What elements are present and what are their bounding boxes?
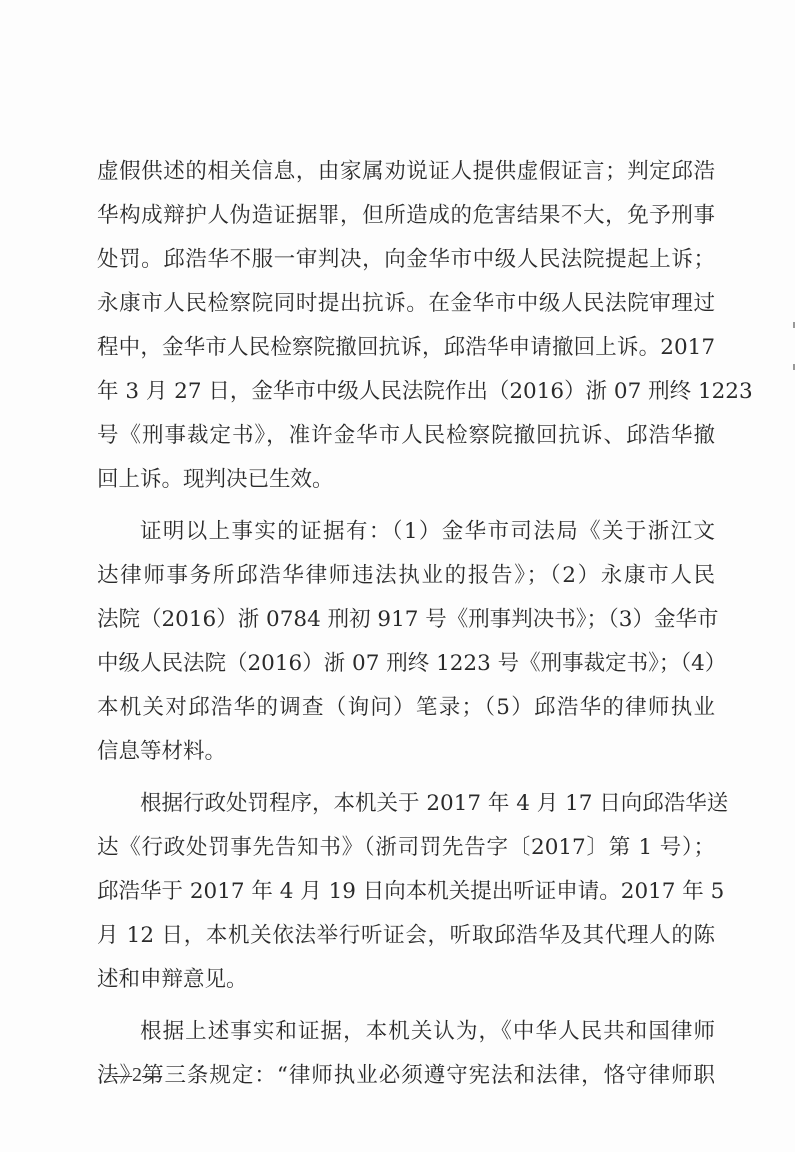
- text-line: 法》第三条规定：“律师执业必须遵守宪法和法律，恪守律师职: [97, 1054, 715, 1098]
- text-line: 信息等材料。: [97, 730, 715, 774]
- paragraph-legal-basis: 根据上述事实和证据，本机关认为，《中华人民共和国律师 法》第三条规定：“律师执业…: [97, 1010, 715, 1098]
- text-line: 年 3 月 27 日，金华市中级人民法院作出（2016）浙 07 刑终 1223: [97, 370, 715, 414]
- text-line: 中级人民法院（2016）浙 07 刑终 1223 号《刑事裁定书》；（4）: [97, 642, 715, 686]
- text-line: 述和申辩意见。: [97, 958, 715, 1002]
- paragraph-procedure: 根据行政处罚程序，本机关于 2017 年 4 月 17 日向邱浩华送 达《行政处…: [97, 782, 715, 1002]
- paragraph-judgment-history: 虚假供述的相关信息，由家属劝说证人提供虚假证言；判定邱浩 华构成辩护人伪造证据罪…: [97, 150, 715, 502]
- text-line: 程中，金华市人民检察院撤回抗诉，邱浩华申请撤回上诉。2017: [97, 326, 715, 370]
- page-number: —2—: [112, 1064, 162, 1087]
- paragraph-gap: [97, 774, 715, 782]
- text-line: 达律师事务所邱浩华律师违法执业的报告》；（2）永康市人民: [97, 554, 715, 598]
- text-line: 回上诉。现判决已生效。: [97, 458, 715, 502]
- text-line: 根据行政处罚程序，本机关于 2017 年 4 月 17 日向邱浩华送: [97, 782, 715, 826]
- text-line: 证明以上事实的证据有：（1）金华市司法局《关于浙江文: [97, 510, 715, 554]
- text-line: 永康市人民检察院同时提出抗诉。在金华市中级人民法院审理过: [97, 282, 715, 326]
- text-line: 本机关对邱浩华的调查（询问）笔录；（5）邱浩华的律师执业: [97, 686, 715, 730]
- text-line: 根据上述事实和证据，本机关认为，《中华人民共和国律师: [97, 1010, 715, 1054]
- paragraph-evidence: 证明以上事实的证据有：（1）金华市司法局《关于浙江文 达律师事务所邱浩华律师违法…: [97, 510, 715, 774]
- text-line: 达《行政处罚事先告知书》（浙司罚先告字〔2017〕第 1 号）；: [97, 826, 715, 870]
- text-line: 处罚。邱浩华不服一审判决，向金华市中级人民法院提起上诉；: [97, 238, 715, 282]
- text-line: 法院（2016）浙 0784 刑初 917 号《刑事判决书》；（3）金华市: [97, 598, 715, 642]
- paragraph-gap: [97, 1002, 715, 1010]
- text-line: 月 12 日，本机关依法举行听证会，听取邱浩华及其代理人的陈: [97, 914, 715, 958]
- text-line: 邱浩华于 2017 年 4 月 19 日向本机关提出听证申请。2017 年 5: [97, 870, 715, 914]
- text-line: 华构成辩护人伪造证据罪，但所造成的危害结果不大，免予刑事: [97, 194, 715, 238]
- text-line: 虚假供述的相关信息，由家属劝说证人提供虚假证言；判定邱浩: [97, 150, 715, 194]
- document-page: 虚假供述的相关信息，由家属劝说证人提供虚假证言；判定邱浩 华构成辩护人伪造证据罪…: [0, 0, 795, 1152]
- text-line: 号《刑事裁定书》，准许金华市人民检察院撤回抗诉、邱浩华撤: [97, 414, 715, 458]
- document-body: 虚假供述的相关信息，由家属劝说证人提供虚假证言；判定邱浩 华构成辩护人伪造证据罪…: [97, 150, 715, 1098]
- paragraph-gap: [97, 502, 715, 510]
